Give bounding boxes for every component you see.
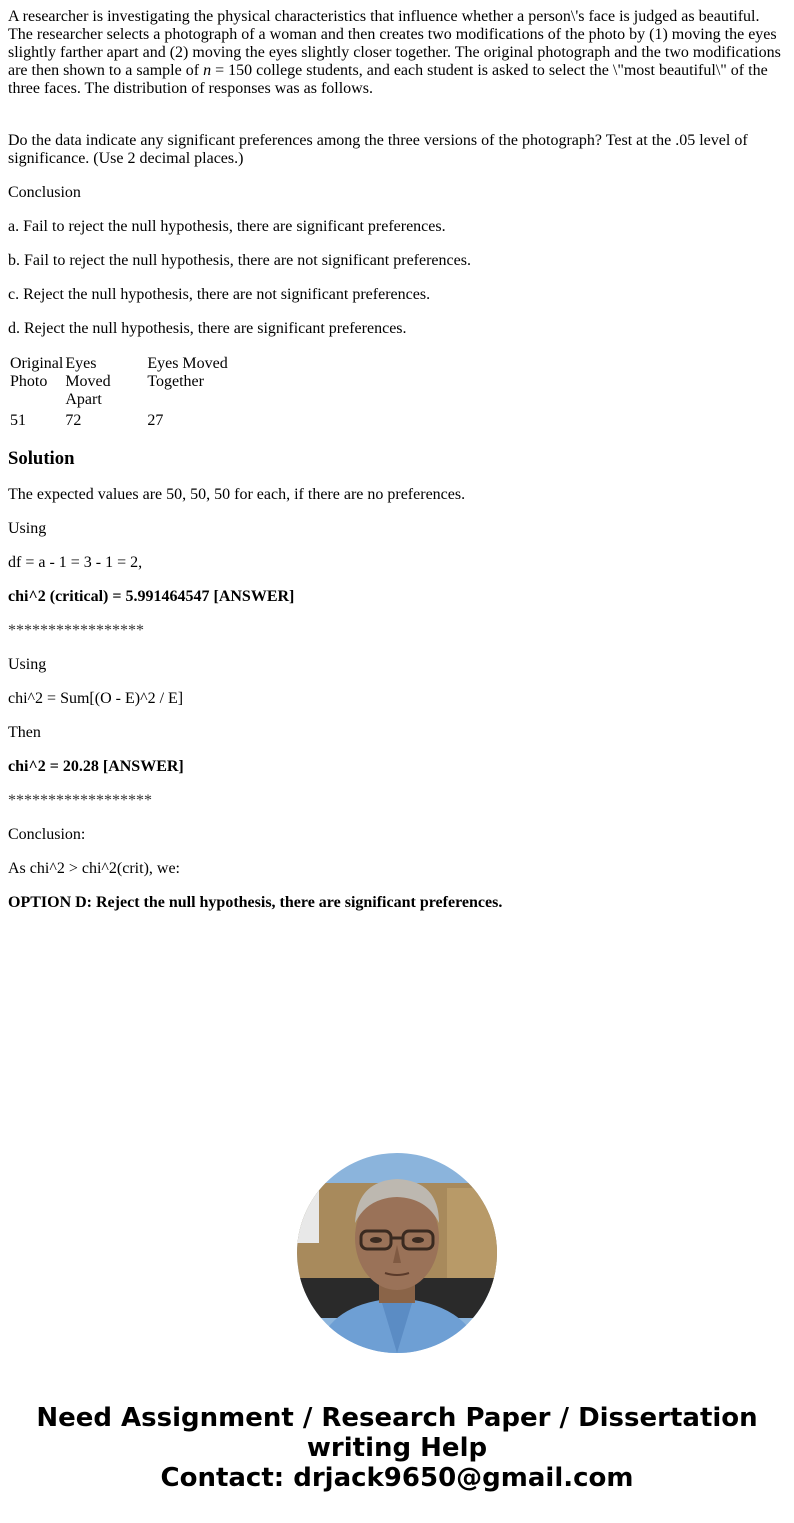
value-eyes-apart: 72 <box>65 411 145 430</box>
document-body: A researcher is investigating the physic… <box>0 0 794 912</box>
solution-heading: Solution <box>8 448 786 470</box>
solution-line: chi^2 (critical) = 5.991464547 [ANSWER] <box>8 588 786 606</box>
promo-headline: Need Assignment / Research Paper / Disse… <box>0 1403 794 1463</box>
option-a: a. Fail to reject the null hypothesis, t… <box>8 218 786 236</box>
solution-line: The expected values are 50, 50, 50 for e… <box>8 486 786 504</box>
solution-line: Using <box>8 520 786 538</box>
question-intro: A researcher is investigating the physic… <box>8 8 786 98</box>
promo-contact: Contact: drjack9650@gmail.com <box>0 1463 794 1493</box>
value-original-photo: 51 <box>10 411 63 430</box>
n-symbol: n <box>203 62 211 79</box>
solution-line: Then <box>8 724 786 742</box>
solution-steps: The expected values are 50, 50, 50 for e… <box>8 486 786 912</box>
solution-line: Conclusion: <box>8 826 786 844</box>
promo-banner: Need Assignment / Research Paper / Disse… <box>0 1403 794 1493</box>
solution-line: Using <box>8 656 786 674</box>
solution-line: df = a - 1 = 3 - 1 = 2, <box>8 554 786 572</box>
separator-line: ****************** <box>8 792 786 810</box>
person-photo-icon <box>297 1153 497 1353</box>
solution-line: chi^2 = Sum[(O - E)^2 / E] <box>8 690 786 708</box>
separator-line: ***************** <box>8 622 786 640</box>
option-b: b. Fail to reject the null hypothesis, t… <box>8 252 786 270</box>
header-eyes-apart: Eyes Moved Apart <box>65 354 145 409</box>
solution-line: As chi^2 > chi^2(crit), we: <box>8 860 786 878</box>
header-original-photo: Original Photo <box>10 354 63 409</box>
header-eyes-together: Eyes Moved Together <box>147 354 229 409</box>
conclusion-label: Conclusion <box>8 184 786 202</box>
solution-line: OPTION D: Reject the null hypothesis, th… <box>8 894 786 912</box>
option-d: d. Reject the null hypothesis, there are… <box>8 320 786 338</box>
solution-line: chi^2 = 20.28 [ANSWER] <box>8 758 786 776</box>
value-eyes-together: 27 <box>147 411 229 430</box>
table-header-row: Original Photo Eyes Moved Apart Eyes Mov… <box>10 354 229 409</box>
avatar <box>297 1153 497 1353</box>
question-prompt: Do the data indicate any significant pre… <box>8 132 786 168</box>
responses-table: Original Photo Eyes Moved Apart Eyes Mov… <box>8 352 231 432</box>
table-row: 51 72 27 <box>10 411 229 430</box>
option-c: c. Reject the null hypothesis, there are… <box>8 286 786 304</box>
